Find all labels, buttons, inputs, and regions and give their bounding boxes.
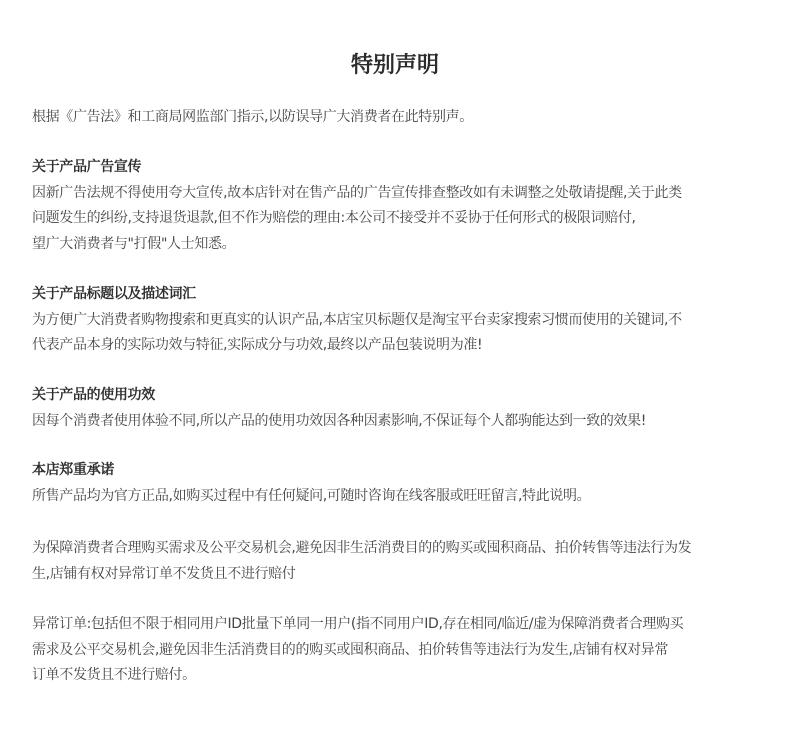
notice-paragraph: 为保障消费者合理购买需求及公平交易机会,避免因非生活消费目的的购买或囤积商品、拍… bbox=[32, 536, 784, 587]
notice-text-line: 为保障消费者合理购买需求及公平交易机会,避免因非生活消费目的的购买或囤积商品、拍… bbox=[32, 536, 784, 562]
section-text-line: 所售产品均为官方正品,如购买过程中有任何疑问,可随时咨询在线客服或旺旺留言,特此… bbox=[32, 484, 784, 510]
abnormal-order-text-line: 异常订单:包括但不限于相同用户ID批量下单同一用户(指不同用户ID,存在相同/临… bbox=[32, 612, 784, 638]
section-text-line: 代表产品本身的实际功效与特征,实际成分与功效,最终以产品包装说明为准! bbox=[32, 333, 784, 359]
special-statement-page: 特别声明 根据《广告法》和工商局网监部门指示,以防误导广大消费者在此特别声。 关… bbox=[0, 0, 790, 743]
intro-paragraph: 根据《广告法》和工商局网监部门指示,以防误导广大消费者在此特别声。 bbox=[32, 105, 784, 131]
notice-text-line: 生,店铺有权对异常订单不发货且不进行赔付 bbox=[32, 562, 784, 588]
section-heading: 本店郑重承诺 bbox=[32, 458, 784, 484]
page-title: 特别声明 bbox=[0, 50, 790, 82]
section-efficacy: 关于产品的使用功效 因每个消费者使用体验不同,所以产品的使用功效因各种因素影响,… bbox=[32, 383, 784, 434]
abnormal-order-text-line: 订单不发货且不进行赔付。 bbox=[32, 663, 784, 689]
abnormal-order-text-line: 需求及公平交易机会,避免因非生活消费目的的购买或囤积商品、拍价转售等违法行为发生… bbox=[32, 638, 784, 664]
section-advertising: 关于产品广告宣传 因新广告法规不得使用夸大宣传,故本店针对在售产品的广告宣传排查… bbox=[32, 155, 784, 257]
section-promise: 本店郑重承诺 所售产品均为官方正品,如购买过程中有任何疑问,可随时咨询在线客服或… bbox=[32, 458, 784, 509]
section-text-line: 因每个消费者使用体验不同,所以产品的使用功效因各种因素影响,不保证每个人都驹能达… bbox=[32, 409, 784, 435]
intro-text: 根据《广告法》和工商局网监部门指示,以防误导广大消费者在此特别声。 bbox=[32, 105, 784, 131]
section-heading: 关于产品的使用功效 bbox=[32, 383, 784, 409]
section-heading: 关于产品标题以及描述词汇 bbox=[32, 282, 784, 308]
section-text-line: 因新广告法规不得使用夸大宣传,故本店针对在售产品的广告宣传排查整改如有未调整之处… bbox=[32, 181, 784, 207]
abnormal-order-paragraph: 异常订单:包括但不限于相同用户ID批量下单同一用户(指不同用户ID,存在相同/临… bbox=[32, 612, 784, 689]
section-heading: 关于产品广告宣传 bbox=[32, 155, 784, 181]
section-text-line: 望广大消费者与"打假"人士知悉。 bbox=[32, 232, 784, 258]
section-text-line: 问题发生的纠纷,支持退货退款,但不作为赔偿的理由:本公司不接受并不妥协于任何形式… bbox=[32, 206, 784, 232]
section-title-description: 关于产品标题以及描述词汇 为方便广大消费者购物搜索和更真实的认识产品,本店宝贝标… bbox=[32, 282, 784, 359]
section-text-line: 为方便广大消费者购物搜索和更真实的认识产品,本店宝贝标题仅是淘宝平台卖家搜索习惯… bbox=[32, 308, 784, 334]
